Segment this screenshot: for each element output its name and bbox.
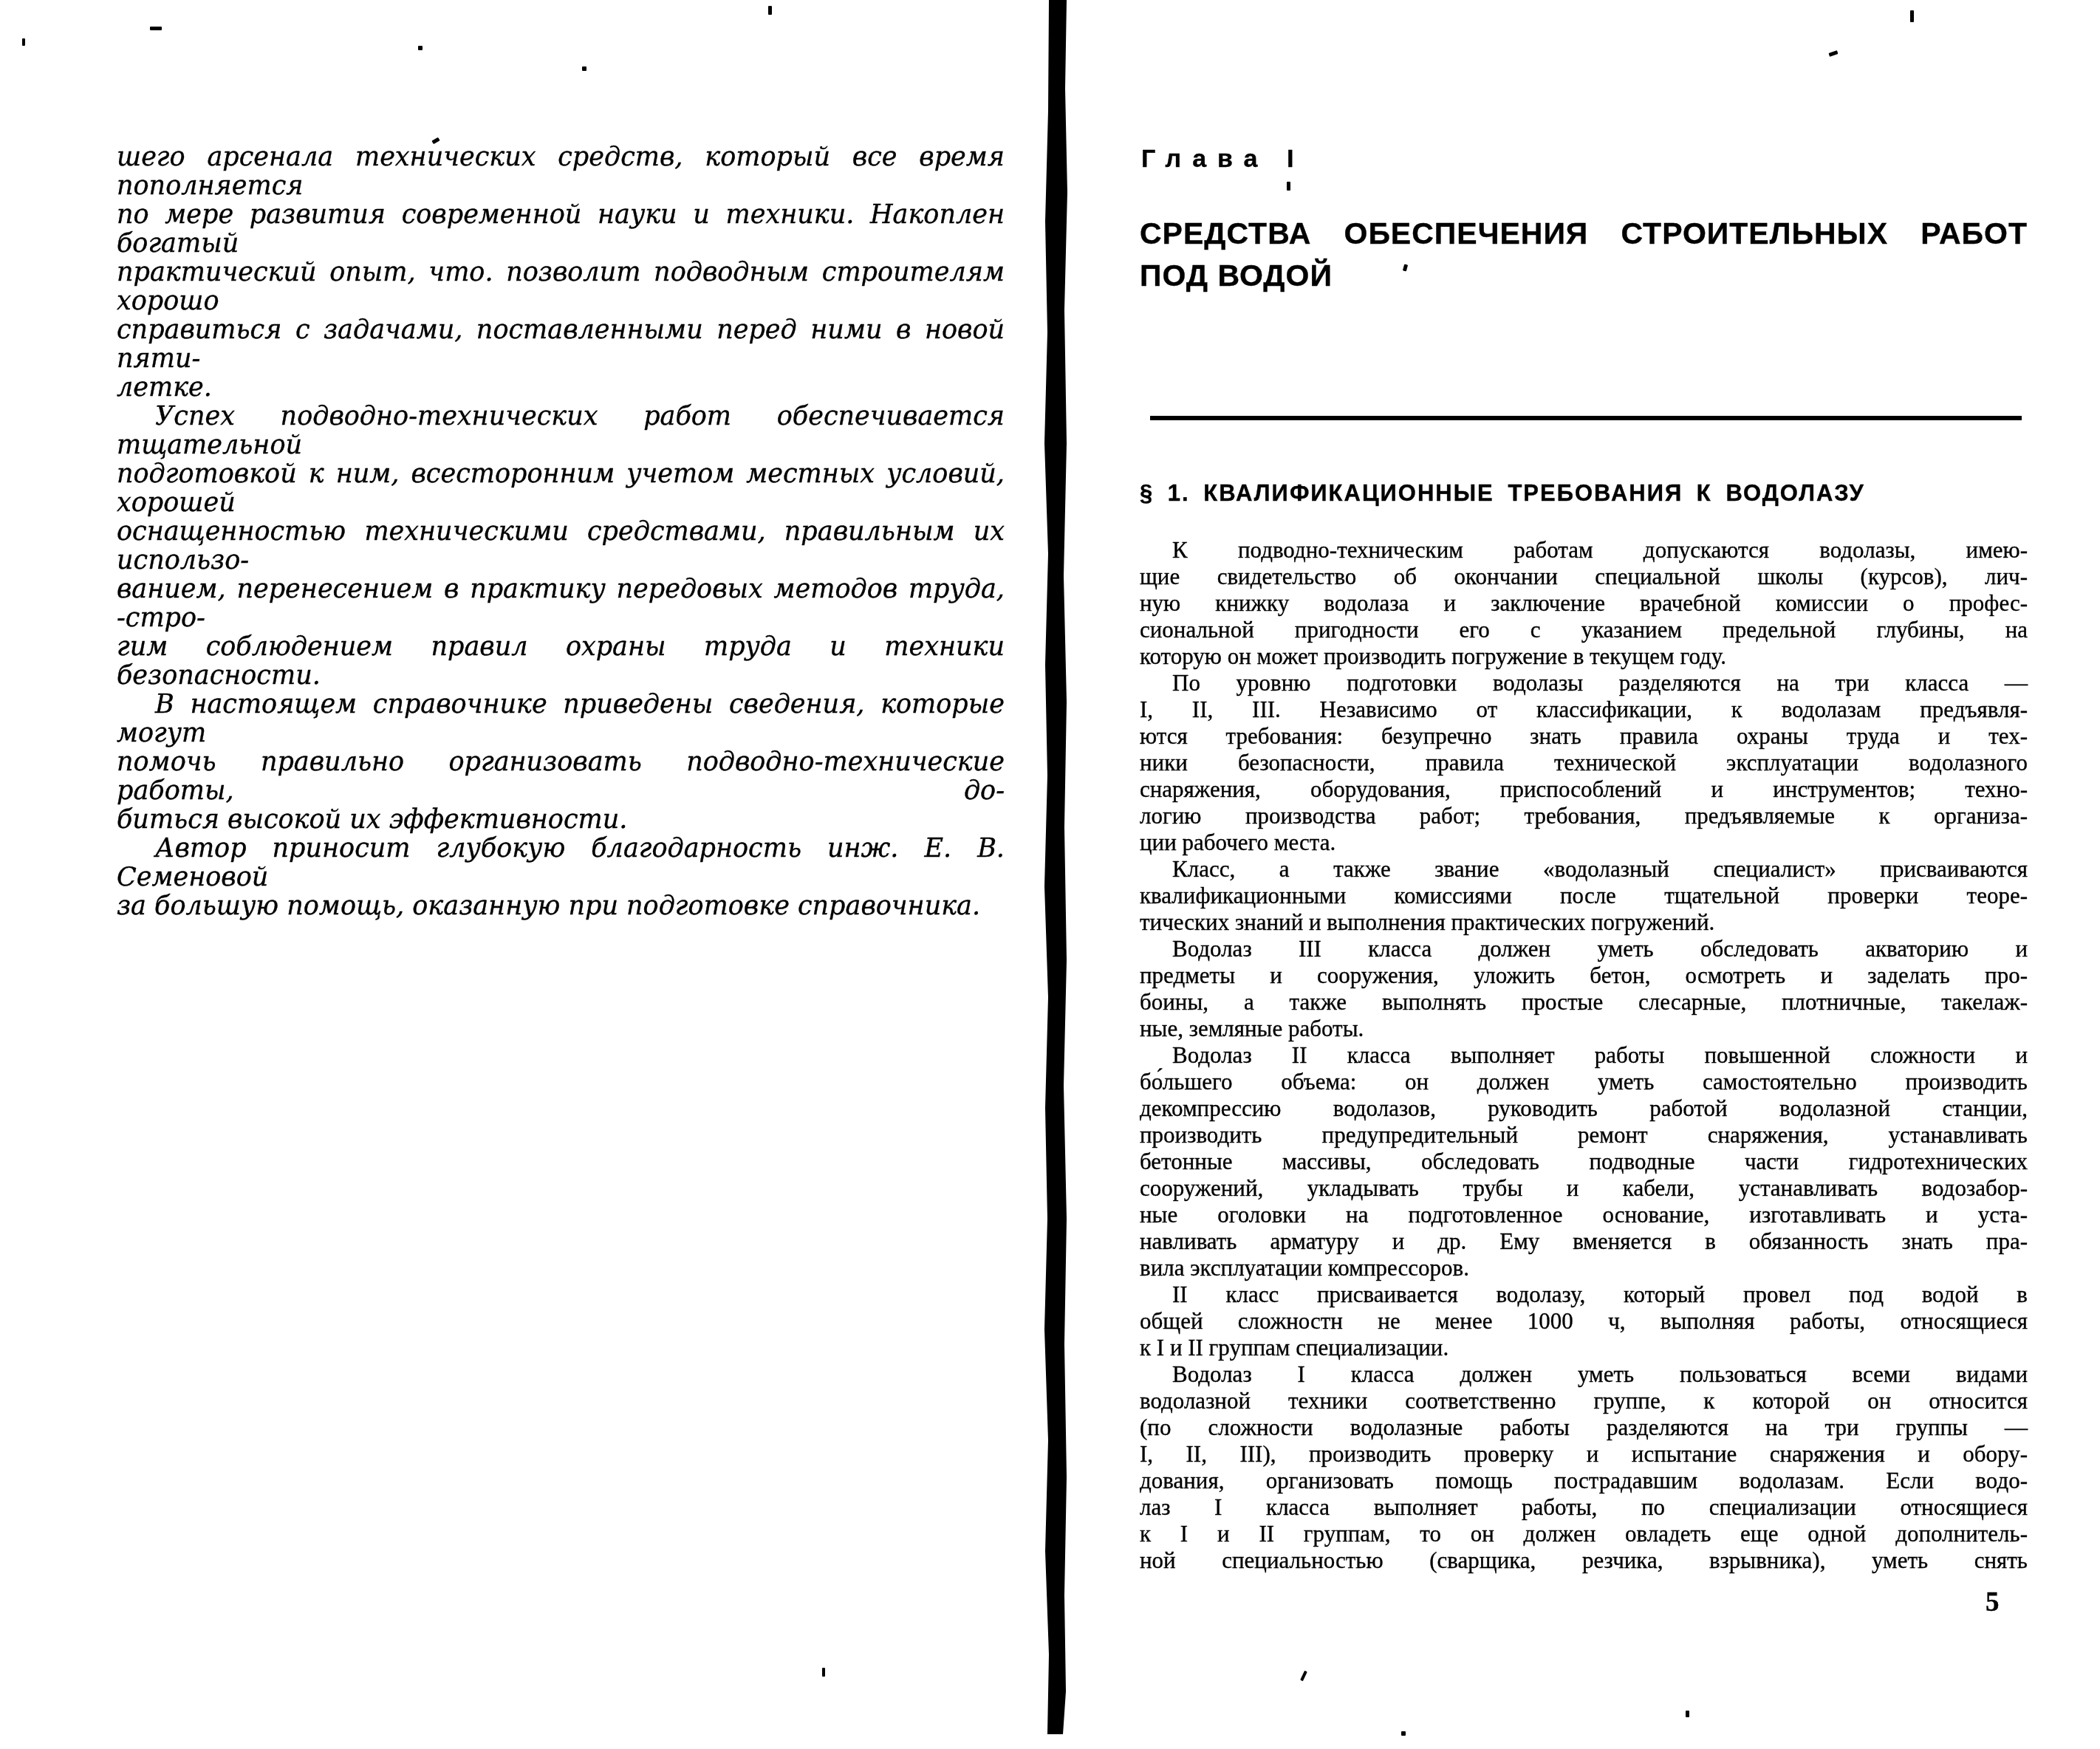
text-line: ПОД ВОДОЙ <box>1140 255 2028 297</box>
text-line: сиональной пригодности его с указанием п… <box>1140 617 2028 643</box>
scan-speck <box>1910 10 1914 22</box>
page-number: 5 <box>1986 1587 2000 1618</box>
text-line: ции рабочего места. <box>1140 829 2028 856</box>
scan-speck <box>822 1668 825 1677</box>
chapter-label: Глава I <box>1141 145 1304 174</box>
paragraph: Успех подводно-технических работ обеспеч… <box>117 403 1005 691</box>
text-line: подготовкой к ним, всесторонним учетом м… <box>117 460 1005 518</box>
text-line: справиться с задачами, поставленными пер… <box>117 316 1005 374</box>
scan-speck <box>1686 1711 1689 1717</box>
paragraph: Водолаз III класса должен уметь обследов… <box>1140 936 2028 1042</box>
text-line: Автор приносит глубокую благодарность ин… <box>117 835 1005 892</box>
text-line: По уровню подготовки водолазы разделяютс… <box>1140 670 2028 696</box>
text-line: которую он может производить погружение … <box>1140 643 2028 670</box>
text-line: биться высокой их эффективности. <box>117 806 1005 835</box>
chapter-title: СРЕДСТВА ОБЕСПЕЧЕНИЯ СТРОИТЕЛЬНЫХ РАБОТП… <box>1140 213 2028 297</box>
scan-speck <box>418 46 423 50</box>
text-line: лаз I класса выполняет работы, по специа… <box>1140 1494 2028 1521</box>
scan-speck <box>768 6 772 15</box>
text-line: (по сложности водолазные работы разделяю… <box>1140 1414 2028 1441</box>
text-line: Водолаз III класса должен уметь обследов… <box>1140 936 2028 962</box>
text-line: II класс присваивается водолазу, который… <box>1140 1281 2028 1308</box>
text-line: Водолаз I класса должен уметь пользовать… <box>1140 1361 2028 1388</box>
text-line: сооружений, укладывать трубы и кабели, у… <box>1140 1175 2028 1202</box>
paragraph: шего арсенала технических средств, котор… <box>117 143 1005 403</box>
text-line: логию производства работ; требования, пр… <box>1140 803 2028 829</box>
right-page: Глава I СРЕДСТВА ОБЕСПЕЧЕНИЯ СТРОИТЕЛЬНЫ… <box>1140 0 2028 1749</box>
paragraph: Класс, а также звание «водолазный специа… <box>1140 856 2028 936</box>
text-line: шего арсенала технических средств, котор… <box>117 143 1005 201</box>
paragraph: К подводно-техническим работам допускают… <box>1140 537 2028 670</box>
text-line: практический опыт, что. позволит подводн… <box>117 259 1005 316</box>
book-spread-scan: шего арсенала технических средств, котор… <box>0 0 2100 1749</box>
text-line: дования, организовать помощь пострадавши… <box>1140 1468 2028 1494</box>
text-line: ванием, перенесением в практику передовы… <box>117 575 1005 633</box>
text-line: декомпрессию водолазов, руководить работ… <box>1140 1095 2028 1122</box>
text-line: ные оголовки на подготовленное основание… <box>1140 1202 2028 1228</box>
paragraph: Водолаз I класса должен уметь пользовать… <box>1140 1361 2028 1574</box>
right-page-body-text: К подводно-техническим работам допускают… <box>1140 537 2028 1574</box>
paragraph: Автор приносит глубокую благодарность ин… <box>117 835 1005 921</box>
text-line: щие свидетельство об окончании специальн… <box>1140 564 2028 590</box>
scan-speck <box>1287 182 1290 191</box>
text-line: общей сложностн не менее 1000 ч, выполня… <box>1140 1308 2028 1335</box>
text-line: I, II, III. Независимо от классификации,… <box>1140 696 2028 723</box>
text-line: В настоящем справочнике приведены сведен… <box>117 691 1005 748</box>
text-line: К подводно-техническим работам допускают… <box>1140 537 2028 564</box>
text-line: к I и II группам, то он должен овладеть … <box>1140 1521 2028 1547</box>
text-line: ные, земляные работы. <box>1140 1016 2028 1042</box>
text-line: гим соблюдением правил охраны труда и те… <box>117 633 1005 691</box>
text-line: ной специальностью (сварщика, резчика, в… <box>1140 1547 2028 1574</box>
text-line: ники безопасности, правила технической э… <box>1140 750 2028 776</box>
text-line: ются требования: безупречно знать правил… <box>1140 723 2028 750</box>
text-line: Класс, а также звание «водолазный специа… <box>1140 856 2028 883</box>
section-heading: § 1. КВАЛИФИКАЦИОННЫЕ ТРЕБОВАНИЯ К ВОДОЛ… <box>1140 480 2028 507</box>
binding-gutter-bar <box>1039 0 1073 1734</box>
paragraph: По уровню подготовки водолазы разделяютс… <box>1140 670 2028 856</box>
text-line: оснащенностью техническими средствами, п… <box>117 518 1005 575</box>
scan-speck <box>582 66 586 71</box>
text-line: бетонные массивы, обследовать подводные … <box>1140 1149 2028 1175</box>
text-line: предметы и сооружения, уложить бетон, ос… <box>1140 962 2028 989</box>
text-line: СРЕДСТВА ОБЕСПЕЧЕНИЯ СТРОИТЕЛЬНЫХ РАБОТ <box>1140 213 2028 255</box>
paragraph: Водолаз II класса выполняет работы повыш… <box>1140 1042 2028 1281</box>
text-line: за большую помощь, оказанную при подгото… <box>117 892 1005 921</box>
text-line: вила эксплуатации компрессоров. <box>1140 1255 2028 1281</box>
title-divider-rule <box>1150 416 2022 420</box>
text-line: навливать арматуру и др. Ему вменяется в… <box>1140 1228 2028 1255</box>
scan-speck <box>150 27 162 30</box>
text-line: Водолаз II класса выполняет работы повыш… <box>1140 1042 2028 1069</box>
text-line: к I и II группам специализации. <box>1140 1335 2028 1361</box>
left-page-text: шего арсенала технических средств, котор… <box>117 143 1005 921</box>
text-line: производить предупредительный ремонт сна… <box>1140 1122 2028 1149</box>
text-line: боины, а также выполнять простые слесарн… <box>1140 989 2028 1016</box>
text-line: квалификационными комиссиями после тщате… <box>1140 883 2028 909</box>
paragraph: II класс присваивается водолазу, который… <box>1140 1281 2028 1361</box>
scan-speck <box>1401 1731 1406 1736</box>
text-line: помочь правильно организовать подводно-т… <box>117 748 1005 806</box>
text-line: ную книжку водолаза и заключение врачебн… <box>1140 590 2028 617</box>
text-line: по мере развития современной науки и тех… <box>117 201 1005 259</box>
text-line: I, II, III), производить проверку и испы… <box>1140 1441 2028 1468</box>
text-line: Успех подводно-технических работ обеспеч… <box>117 403 1005 460</box>
scan-speck <box>22 38 25 46</box>
text-line: снаряжения, оборудования, приспособлений… <box>1140 776 2028 803</box>
text-line: тических знаний и выполнения практически… <box>1140 909 2028 936</box>
text-line: летке. <box>117 374 1005 403</box>
text-line: бо́льшего объема: он должен уметь самост… <box>1140 1069 2028 1095</box>
paragraph: В настоящем справочнике приведены сведен… <box>117 691 1005 835</box>
text-line: водолазной техники соответственно группе… <box>1140 1388 2028 1414</box>
